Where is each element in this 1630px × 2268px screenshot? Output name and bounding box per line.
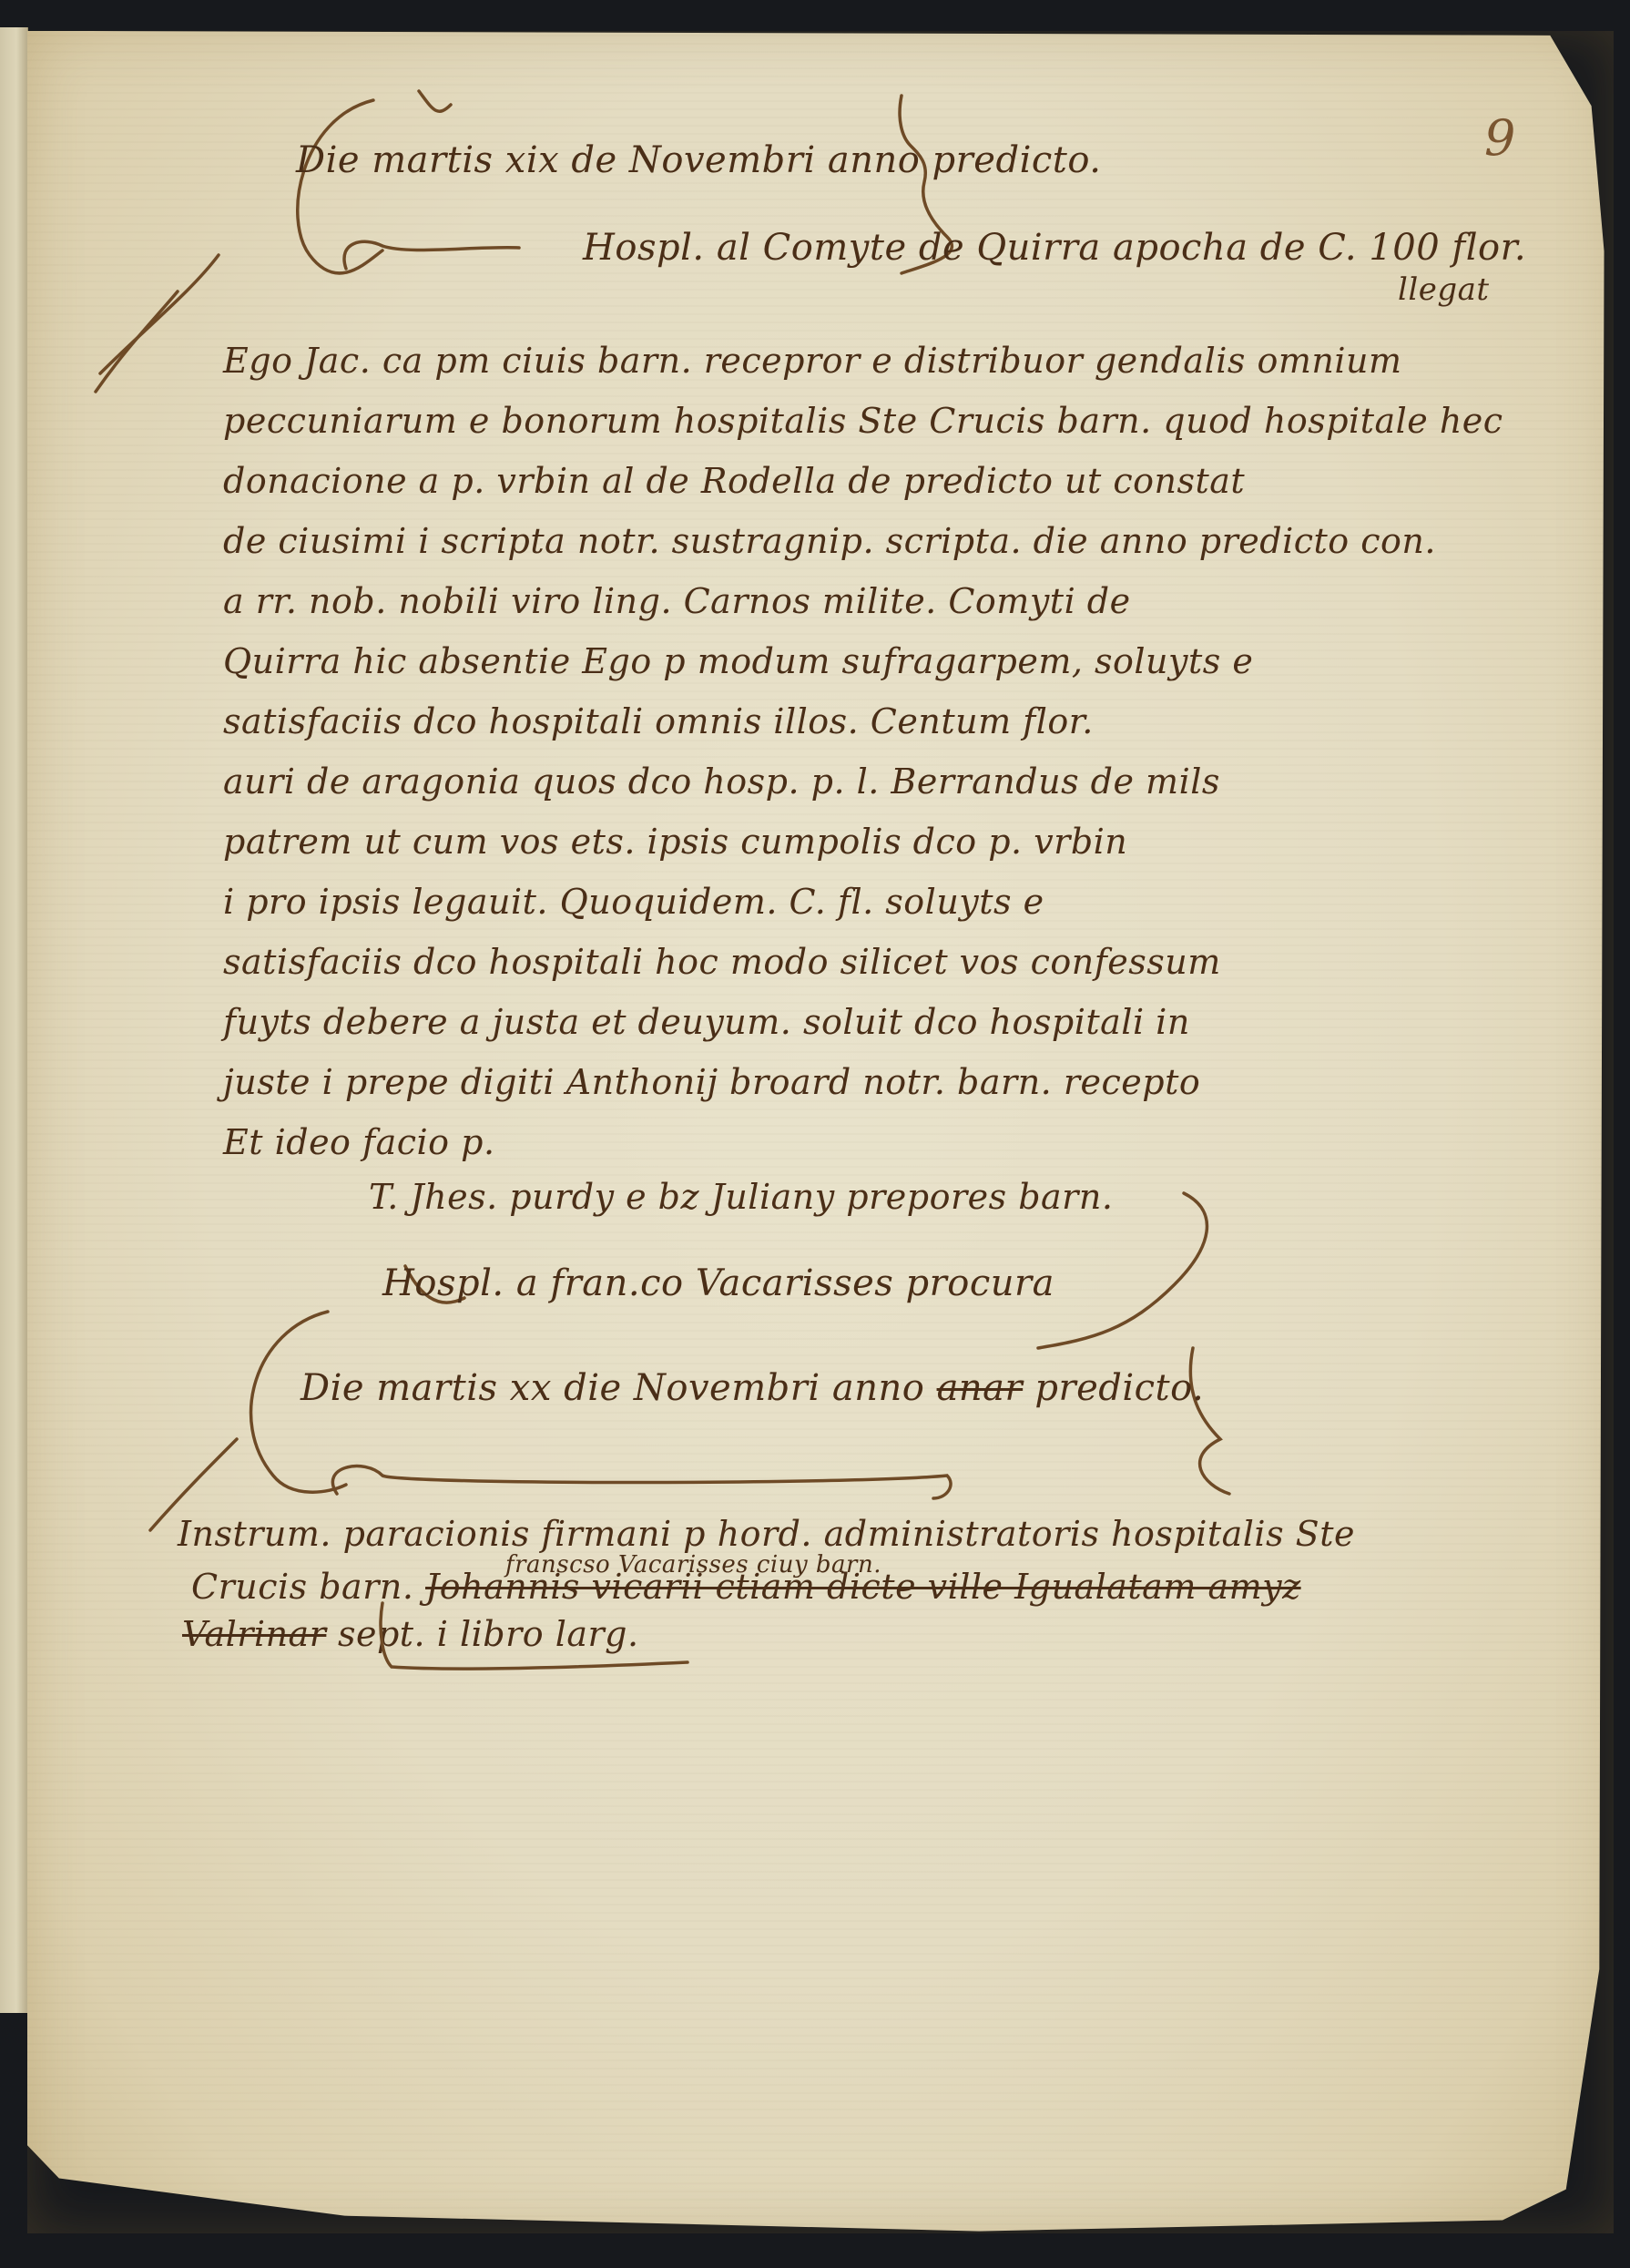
body-line: satisfaciis dco hospitali omnis illos. C… bbox=[223, 700, 1094, 743]
heading-bracket-flourish bbox=[273, 91, 1548, 328]
body-line: juste i prepe digiti Anthonij broard not… bbox=[223, 1060, 1200, 1104]
margin-pen-stroke bbox=[91, 255, 237, 401]
body-line: fuyts debere a justa et deuyum. soluit d… bbox=[223, 1000, 1190, 1044]
body-line: peccuniarum e bonorum hospitalis Ste Cru… bbox=[223, 399, 1503, 443]
body-line: Quirra hic absentie Ego p modum sufragar… bbox=[223, 639, 1253, 683]
body-line: patrem ut cum vos ets. ipsis cumpolis dc… bbox=[223, 820, 1127, 863]
entry-2-date-line: Die martis xx die Novembri anno anar pre… bbox=[301, 1366, 1204, 1410]
entry-2-rubric: Hospl. a fran.co Vacarisses procura bbox=[382, 1262, 1054, 1305]
body-line: i pro ipsis legauit. Quoquidem. C. fl. s… bbox=[223, 880, 1044, 924]
body-line: satisfaciis dco hospitali hoc modo silic… bbox=[223, 940, 1221, 984]
date-text-end: predicto. bbox=[1034, 1367, 1204, 1409]
underline-flourish bbox=[364, 1603, 692, 1676]
body-line: Et ideo facio p. bbox=[223, 1120, 495, 1164]
struck-word: anar bbox=[937, 1367, 1024, 1409]
struck-segment: Valrinar bbox=[182, 1614, 326, 1654]
body-line: auri de aragonia quos dco hosp. p. l. Be… bbox=[223, 760, 1220, 803]
body-segment: Crucis barn. bbox=[191, 1567, 413, 1607]
binding-edge bbox=[0, 27, 28, 2013]
body-line: Crucis barn. Johannis vicarii ctiam dict… bbox=[191, 1565, 1301, 1609]
entry-1-date-line: Die martis xix de Novembri anno predicto… bbox=[296, 138, 1101, 182]
entry-1-margin-note: llegat bbox=[1398, 271, 1490, 308]
body-line: donacione a p. vrbin al de Rodella de pr… bbox=[223, 459, 1245, 503]
body-line: a rr. nob. nobili viro ling. Carnos mili… bbox=[223, 579, 1131, 623]
entry-1-rubric: Hospl. al Comyte de Quirra apocha de C. … bbox=[583, 226, 1526, 270]
date-text: Die martis xx die Novembri anno bbox=[301, 1367, 924, 1409]
struck-segment: Johannis vicarii ctiam dicte ville Igual… bbox=[425, 1567, 1301, 1607]
body-line: Ego Jac. ca pm ciuis barn. recepror e di… bbox=[223, 339, 1402, 383]
body-line: de ciusimi i scripta notr. sustragnip. s… bbox=[223, 519, 1436, 563]
entry-2-bracket-flourish bbox=[219, 1184, 1311, 1512]
